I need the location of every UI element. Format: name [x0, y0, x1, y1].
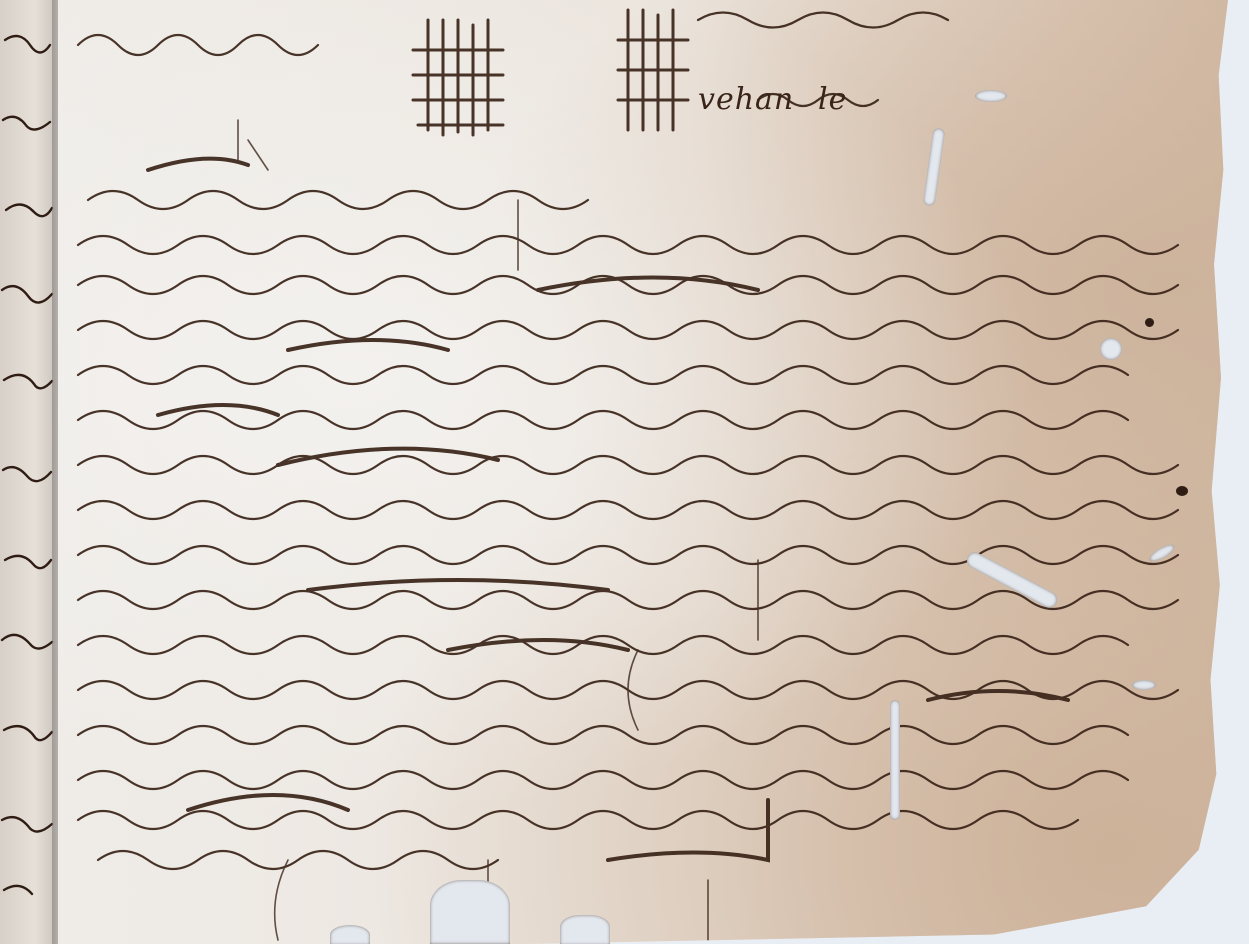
ink-blot	[1176, 486, 1188, 496]
worm-hole	[975, 90, 1007, 102]
handwriting-lines	[58, 0, 1228, 944]
ink-blot	[1145, 318, 1154, 327]
facing-page-edge	[0, 0, 58, 944]
worm-hole	[1100, 338, 1122, 360]
manuscript-sheet: vehan le	[58, 0, 1228, 944]
legible-fragment-vehan: vehan	[698, 82, 794, 117]
torn-edge-hole	[560, 915, 610, 944]
legible-fragment-le: le	[818, 82, 847, 117]
torn-edge-hole	[330, 925, 370, 944]
facing-page-script	[0, 0, 58, 944]
torn-edge-hole	[430, 880, 510, 944]
manuscript-photo: vehan le	[0, 0, 1249, 944]
worm-hole-vertical	[890, 700, 900, 820]
worm-hole	[1132, 680, 1156, 690]
